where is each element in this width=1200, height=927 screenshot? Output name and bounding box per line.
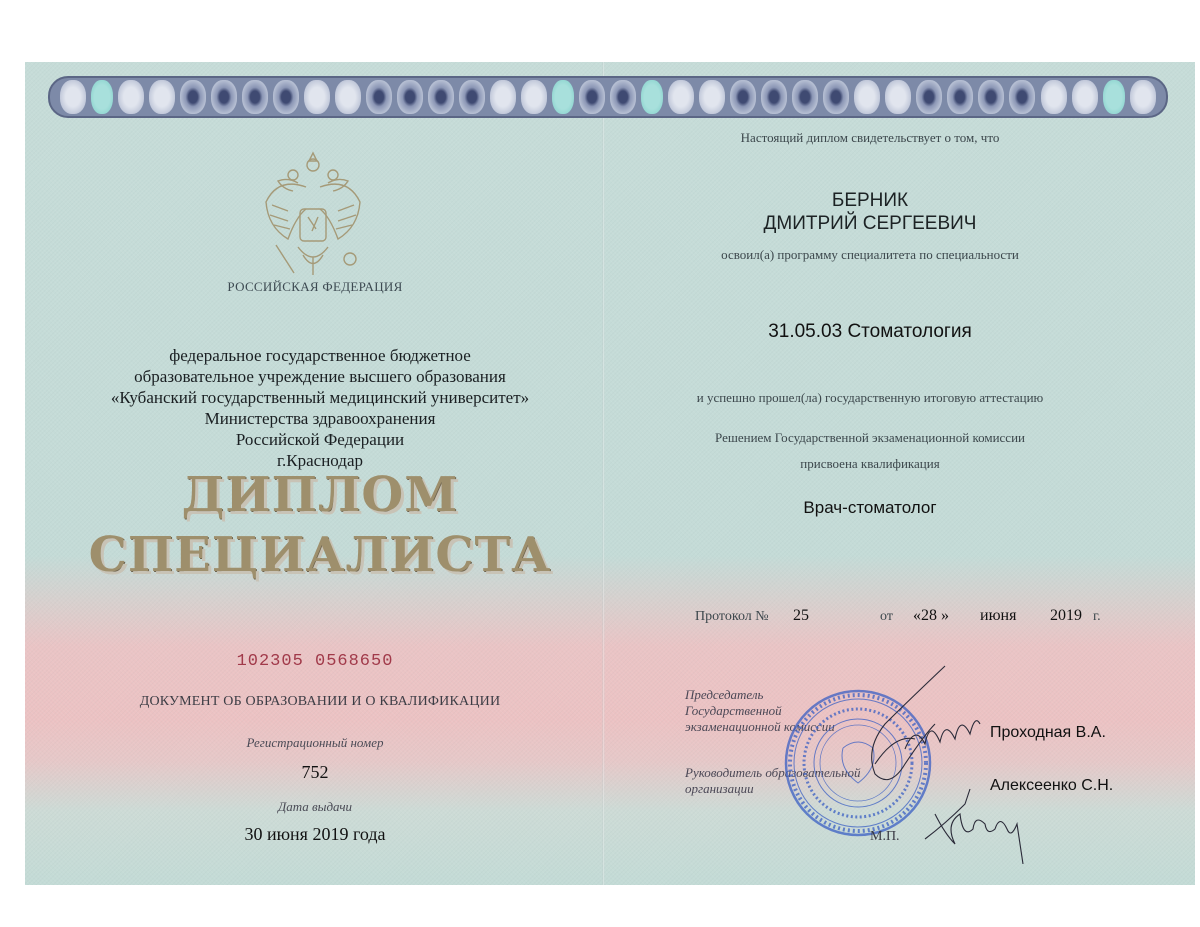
diploma-title-line-2: СПЕЦИАЛИСТА [80,527,560,583]
coat-of-arms-icon [258,147,368,297]
commission-text: Решением Государственной экзаменационной… [645,430,1095,446]
graduate-surname: БЕРНИК [645,190,1095,212]
diploma-sheet: РОССИЙСКАЯ ФЕДЕРАЦИЯ федеральное государ… [25,62,1195,885]
intro-text: Настоящий диплом свидетельствует о том, … [645,130,1095,146]
protocol-number: 25 [793,607,809,625]
head-label-2: организации [685,781,754,797]
protocol-from: от [880,609,893,625]
page-fold [602,62,605,885]
registration-label: Регистрационный номер [155,735,475,751]
specialty: 31.05.03 Стоматология [645,321,1095,343]
chairman-label-2: Государственной [685,703,782,719]
protocol-line: Протокол № 25 от «28 » июня 2019 г. [695,607,1135,631]
country-label: РОССИЙСКАЯ ФЕДЕРАЦИЯ [155,279,475,295]
institution-line-4: Министерства здравоохранения [80,408,560,429]
signatures-icon [795,664,1035,864]
qualification: Врач-стоматолог [645,498,1095,518]
institution-line-5: Российской Федерации [80,429,560,450]
institution-line-2: образовательное учреждение высшего образ… [80,366,560,387]
ornamental-border [48,76,1168,118]
protocol-year: 2019 [1050,607,1082,625]
diploma-title-line-1: ДИПЛОМ [80,467,560,523]
protocol-day: «28 » [913,607,949,625]
chairman-label-1: Председатель [685,687,763,703]
institution-line-3: «Кубанский государственный медицинский у… [80,387,560,408]
protocol-label: Протокол № [695,609,769,625]
program-text: освоил(а) программу специалитета по спец… [645,247,1095,263]
institution-line-1: федеральное государственное бюджетное [80,345,560,366]
attestation-text: и успешно прошел(ла) государственную ито… [645,390,1095,406]
protocol-year-suffix: г. [1093,609,1101,625]
graduate-given-names: ДМИТРИЙ СЕРГЕЕВИЧ [645,213,1095,235]
serial-number: 102305 0568650 [155,652,475,671]
protocol-month: июня [980,607,1016,625]
issue-date: 30 июня 2019 года [155,824,475,845]
registration-number: 752 [155,762,475,783]
issue-date-label: Дата выдачи [155,799,475,815]
document-type: ДОКУМЕНТ ОБ ОБРАЗОВАНИИ И О КВАЛИФИКАЦИИ [80,694,560,710]
qualification-label: присвоена квалификация [645,456,1095,472]
